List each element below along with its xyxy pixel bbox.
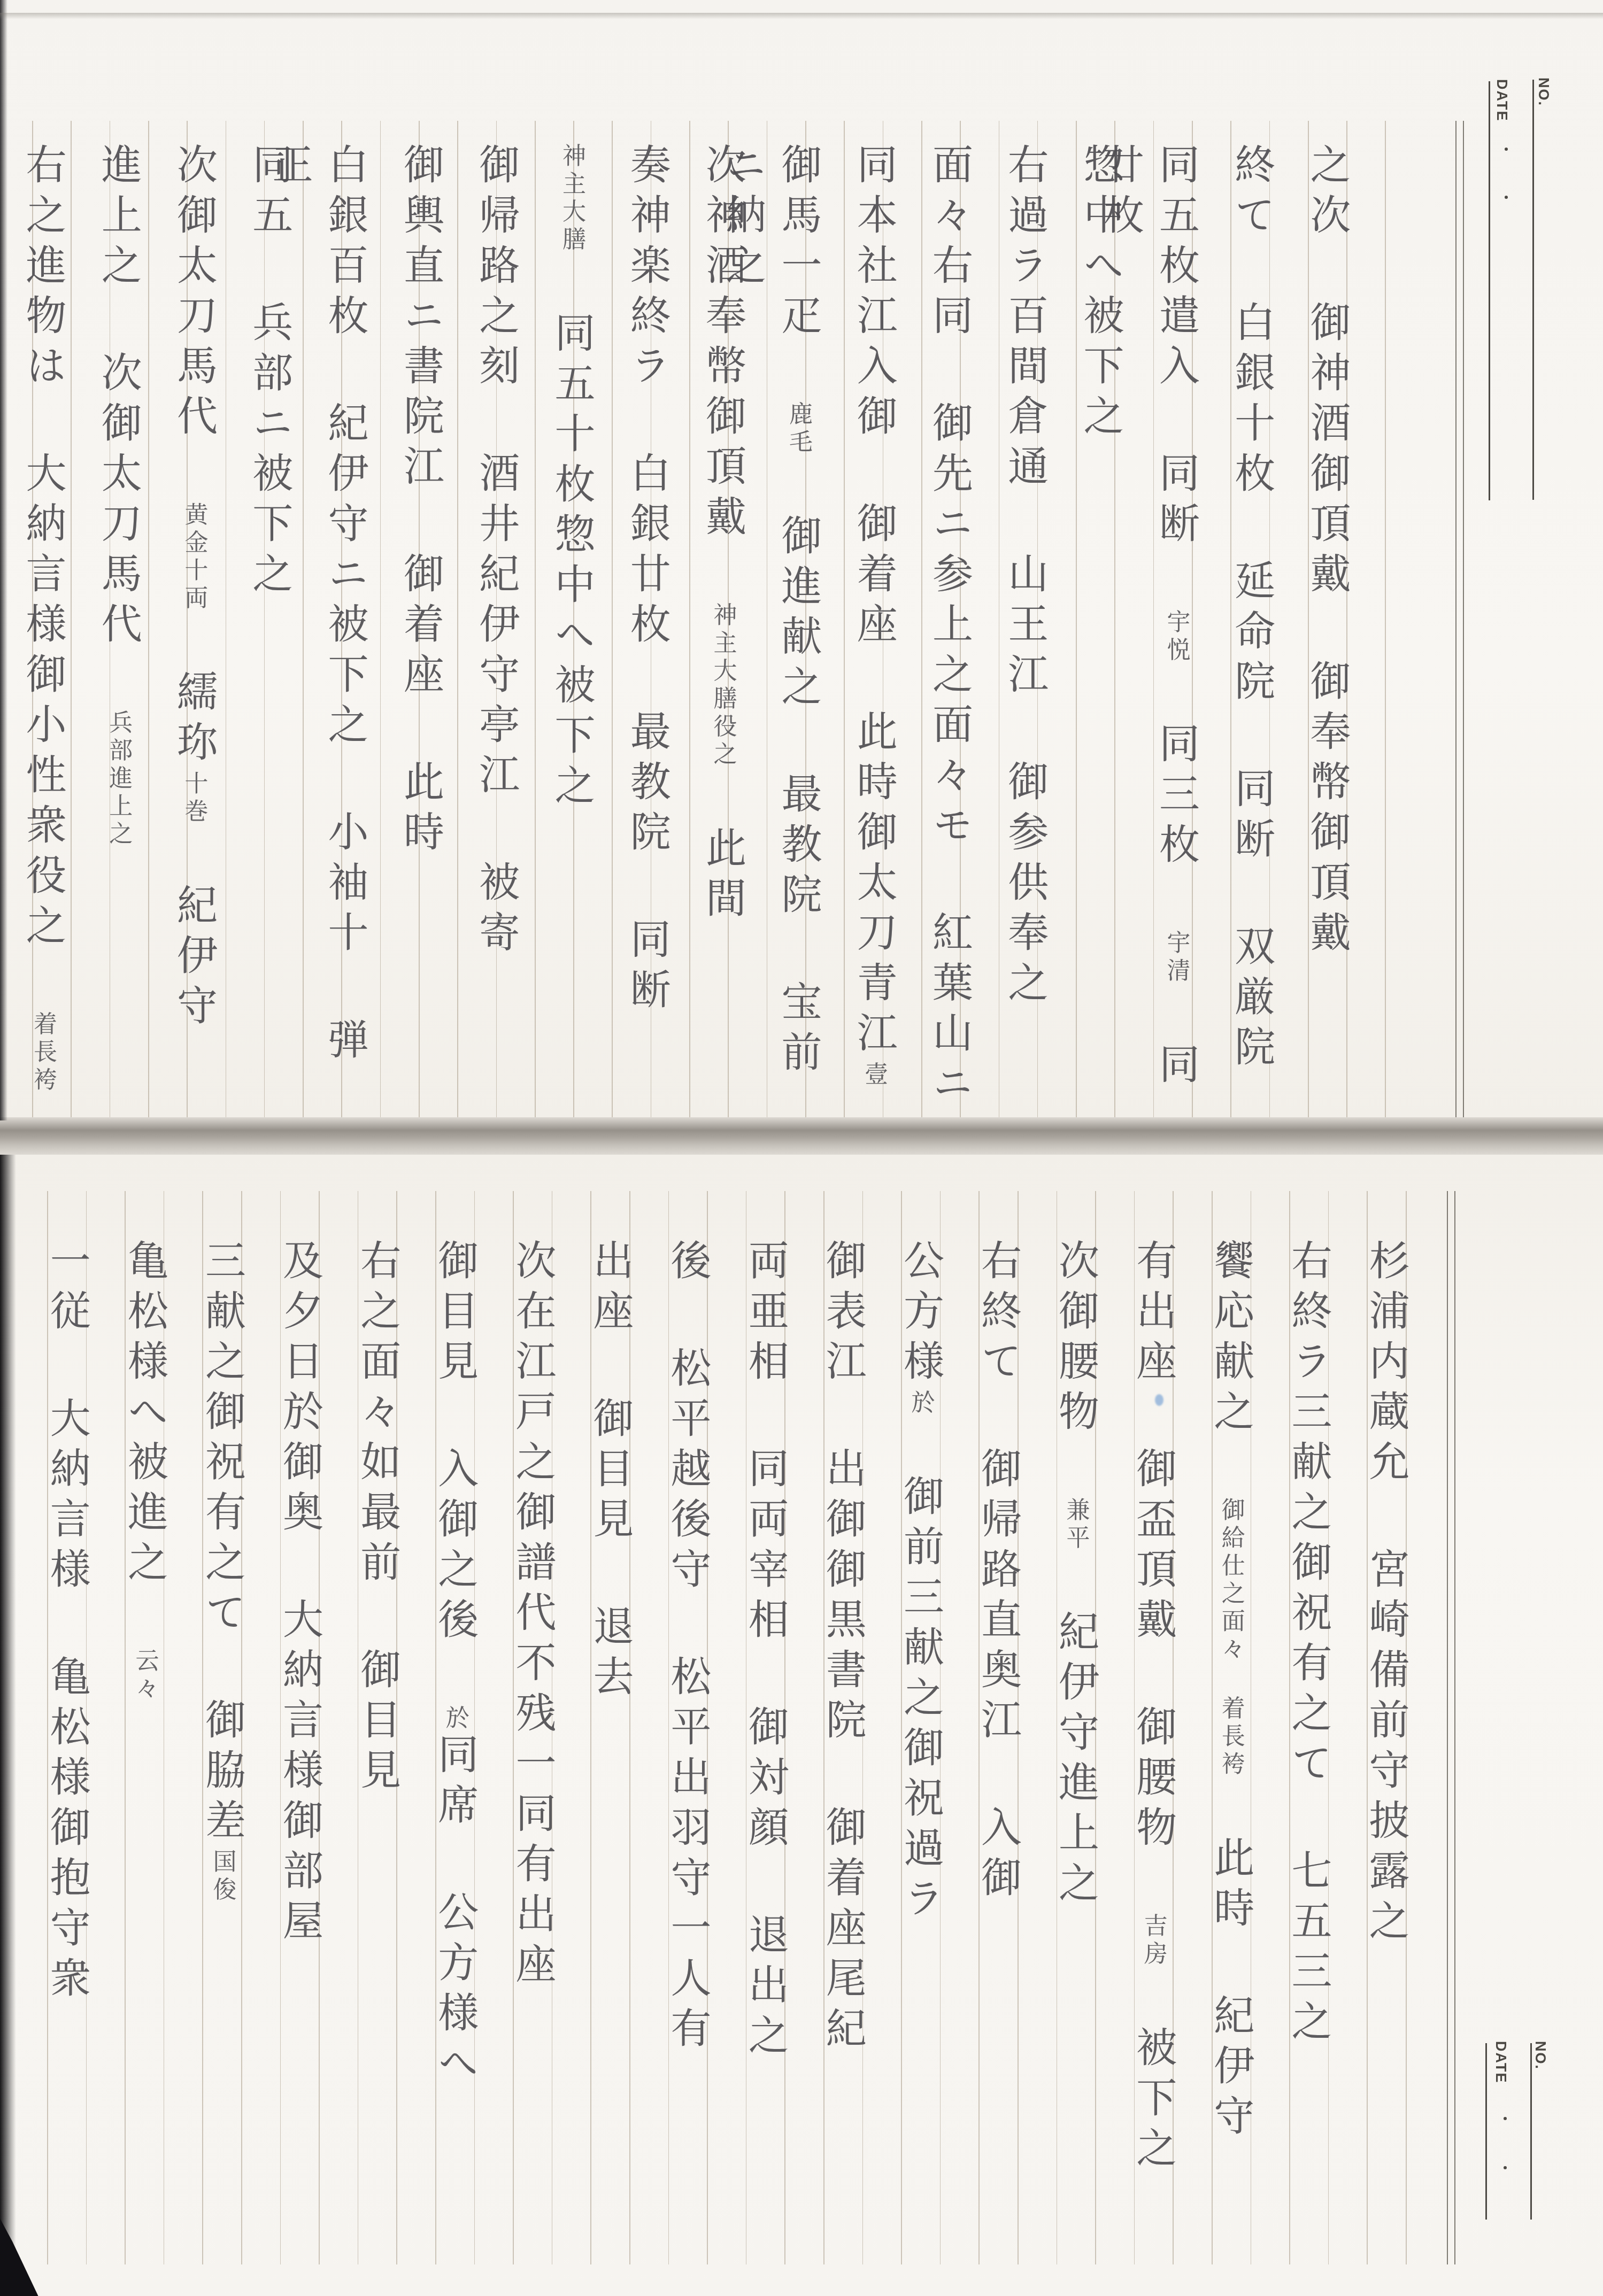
inline-annotation: 国俊 [209, 1849, 236, 1905]
handwritten-column: 面々右同 御先ニ参上之面々モ 紅葉山ニ [922, 143, 977, 1115]
page-fold-shadow [0, 1117, 1603, 1158]
inline-annotation: 於 [442, 1705, 469, 1733]
column-text: 終て 白銀十枚 延命院 同断 双厳院 [1228, 143, 1276, 1076]
no-field-line [1532, 80, 1534, 500]
handwritten-column: 之次 御神酒御頂戴 御奉幣御頂戴 [1299, 143, 1355, 1115]
date-separator-dot [1504, 2117, 1507, 2120]
inline-annotation: 神主大膳役之 [710, 602, 737, 769]
inline-annotation: 云々 [131, 1648, 158, 1704]
margin-double-line-bottom [1447, 1191, 1455, 2264]
handwritten-column: 惣中へ被下之 [1073, 143, 1128, 1115]
handwritten-column: 御帰路之刻 酒井紀伊守亭江 被寄 [468, 143, 524, 1115]
date-separator-dot [1504, 2166, 1507, 2169]
handwritten-column: 御目見 入御之後 於同席 公方様へ [427, 1239, 483, 2262]
handwritten-column: 次御腰物 兼平 紀伊守進上之 [1048, 1239, 1104, 2262]
column-text: 同五枚遣入 同断 [1152, 143, 1200, 609]
column-text: 右之面々如最前 御目見 [354, 1239, 402, 1799]
handwritten-column: 右之進物は 大納言様御小性衆役之 着長袴 [15, 143, 71, 1115]
column-text: 御目見 入御之後 [431, 1239, 479, 1705]
no-label: NO. [1535, 78, 1552, 106]
column-text: 同席 公方様へ [431, 1733, 479, 2092]
column-text: 進上之 次御太刀馬代 [95, 143, 142, 710]
scan-edge-left-bottom [0, 1155, 16, 2296]
handwritten-column: 白銀百枚 紀伊守ニ被下之 小袖十 弾正 [317, 143, 373, 1115]
handwritten-column: 御馬一疋 鹿毛 御進献之 最教院 宝前ニ納之 [770, 143, 826, 1115]
column-text: 右之進物は 大納言様御小性衆役之 [19, 143, 67, 1011]
column-text: 出座 御目見 退去 [587, 1239, 634, 1705]
handwritten-column: 次在江戸之御譜代不残一同有出座 [505, 1239, 560, 2262]
handwritten-column: 右之面々如最前 御目見 [350, 1239, 405, 2262]
handwritten-column: 終て 白銀十枚 延命院 同断 双厳院 [1224, 143, 1280, 1115]
handwritten-column: 公方様於 御前三献之御祝過ラ [892, 1239, 948, 2262]
handwritten-column: 次御太刀馬代 黄金十両 繻珎十巻 紀伊守 [166, 143, 222, 1115]
column-text: 一従 大納言様 亀松様御抱守衆 [43, 1239, 91, 2007]
inline-annotation: 黄金十両 [181, 502, 208, 613]
column-text: 惣中へ被下之 [1077, 143, 1124, 445]
column-text: 同五十枚惣中へ被下之 [548, 254, 596, 814]
handwritten-column: 同五枚遣入 同断 宇悦 同三枚 宇清 同廿枚 [1148, 143, 1204, 1115]
column-text: 両亜相 同両宰相 御対顔 退出之 [742, 1239, 789, 2064]
column-text: 繻珎 [171, 613, 218, 771]
handwritten-column: 及夕日於御奥 大納言様御部屋 [272, 1239, 328, 2262]
column-text: 公方様 [897, 1239, 944, 1390]
column-text: 次神酒奉幣御頂戴 [699, 143, 747, 602]
column-text: 三献之御祝有之て 御脇差 [199, 1239, 246, 1849]
handwritten-column: 進上之 次御太刀馬代 兵部進上之 [90, 143, 146, 1115]
handwritten-column: 亀松様へ被進之 云々 [117, 1239, 172, 2262]
handwritten-column: 右終ラ三献之御祝有之て 七五三之 [1281, 1239, 1336, 2262]
column-text: 紀伊守進上之 [1052, 1553, 1100, 1912]
column-text: 面々右同 御先ニ参上之面々モ 紅葉山ニ [926, 143, 974, 1112]
inline-annotation: 神主大膳 [558, 143, 585, 254]
column-text: 被下之 [1130, 1969, 1177, 2177]
handwritten-column: 御輿直ニ書院江 御着座 此時 [392, 143, 448, 1115]
column-text: 御帰路之刻 酒井紀伊守亭江 被寄 [473, 143, 520, 961]
column-text: 有出座 御盃頂戴 御腰物 [1130, 1239, 1177, 1913]
inline-annotation: 着長袴 [29, 1011, 57, 1095]
handwritten-column: 奏神楽終ラ 白銀廿枚 最教院 同断 [619, 143, 675, 1115]
scan-edge-top [0, 13, 1603, 19]
handwritten-column: 右過ラ百間倉通 山王江 御参供奉之 [997, 143, 1053, 1115]
blue-ink-smudge [1155, 1394, 1163, 1406]
handwritten-column: 後 松平越後守 松平出羽守一人有 [660, 1239, 715, 2262]
inline-annotation: 十巻 [181, 771, 208, 826]
handwritten-column: 饗応献之 御給仕之面々 着長袴 此時 紀伊守 [1203, 1239, 1259, 2262]
handwritten-column: 出座 御目見 退去 [582, 1239, 638, 2262]
handwritten-column: 神主大膳 同五十枚惣中へ被下之 [544, 143, 599, 1115]
column-text: 右過ラ百間倉通 山王江 御参供奉之 [1001, 143, 1049, 1011]
date-label: DATE [1493, 79, 1510, 122]
column-text: 次御腰物 [1052, 1239, 1100, 1497]
handwritten-column: 次神酒奉幣御頂戴 神主大膳役之 此間 [695, 143, 751, 1115]
column-text: 御輿直ニ書院江 御着座 此時 [397, 143, 444, 861]
column-text: 杉浦内蔵允 宮崎備前守披露之 [1362, 1239, 1410, 1950]
column-text: 饗応献之 [1207, 1239, 1255, 1497]
column-text: 後 松平越後守 松平出羽守一人有 [664, 1239, 712, 2057]
date-separator-dot [1505, 148, 1508, 151]
date-field-line [1485, 2043, 1487, 2220]
handwritten-column: 同本社江入御 御着座 此時御太刀青江壹 [846, 143, 901, 1115]
handwritten-column: 両亜相 同両宰相 御対顔 退出之 [737, 1239, 793, 2262]
column-text: 御表江 出御御黒書院 御着座尾紀 [819, 1239, 867, 2057]
handwritten-column: 御表江 出御御黒書院 御着座尾紀 [815, 1239, 870, 2262]
handwritten-column: 杉浦内蔵允 宮崎備前守披露之 [1358, 1239, 1414, 2262]
handwritten-column: 三献之御祝有之て 御脇差国俊 [195, 1239, 250, 2262]
inline-annotation: 壹 [860, 1062, 888, 1089]
column-text: 御馬一疋 [775, 143, 822, 401]
column-text: 及夕日於御奥 大納言様御部屋 [276, 1239, 324, 1950]
handwritten-column: 同五 兵部ニ被下之 [242, 143, 297, 1115]
handwritten-column: 右終て 御帰路直奥江 入御 [970, 1239, 1026, 2262]
column-text: 亀松様へ被進之 [121, 1239, 168, 1648]
inline-annotation: 兵部進上之 [105, 710, 132, 849]
inline-annotation: 宇清 [1162, 930, 1190, 986]
column-text: 此間 [699, 769, 747, 927]
column-text: 同三枚 [1152, 665, 1200, 930]
column-text: 右終て 御帰路直奥江 入御 [975, 1239, 1022, 1906]
date-separator-dot [1505, 196, 1508, 199]
handwritten-column: 一従 大納言様 亀松様御抱守衆 [39, 1239, 95, 2262]
scanned-notebook-spread: NO. DATE 之次 御神酒御頂戴 御奉幣御頂戴終て 白銀十枚 延命院 同断 … [0, 0, 1603, 2296]
date-field-line [1489, 81, 1490, 500]
column-text: 同本社江入御 御着座 此時御太刀青江 [850, 143, 898, 1062]
column-text: 紀伊守 [171, 826, 218, 1034]
scan-edge-left-top [0, 0, 7, 1120]
column-text: 次御太刀馬代 [171, 143, 218, 502]
column-text: 右終ラ三献之御祝有之て 七五三之 [1285, 1239, 1332, 2050]
column-text: 奏神楽終ラ 白銀廿枚 最教院 同断 [623, 143, 671, 1018]
date-label: DATE [1492, 2041, 1509, 2084]
column-text: 次在江戸之御譜代不残一同有出座 [509, 1239, 557, 1993]
margin-double-line-top [1455, 121, 1464, 1118]
column-text: 同五 兵部ニ被下之 [246, 143, 294, 602]
column-text: 之次 御神酒御頂戴 御奉幣御頂戴 [1304, 143, 1351, 961]
column-text: 御前三献之御祝過ラ [897, 1418, 944, 1927]
inline-annotation: 御給仕之面々 着長袴 [1217, 1497, 1245, 1779]
no-label: NO. [1532, 2041, 1548, 2070]
inline-annotation: 兼平 [1062, 1497, 1090, 1553]
handwritten-column: 有出座 御盃頂戴 御腰物 吉房 被下之 [1126, 1239, 1181, 2262]
inline-annotation: 吉房 [1140, 1913, 1167, 1969]
column-text: 此時 紀伊守 [1207, 1779, 1255, 2145]
inline-annotation: 宇悦 [1162, 609, 1190, 665]
inline-annotation: 於 [907, 1390, 934, 1418]
inline-annotation: 鹿毛 [785, 401, 812, 457]
